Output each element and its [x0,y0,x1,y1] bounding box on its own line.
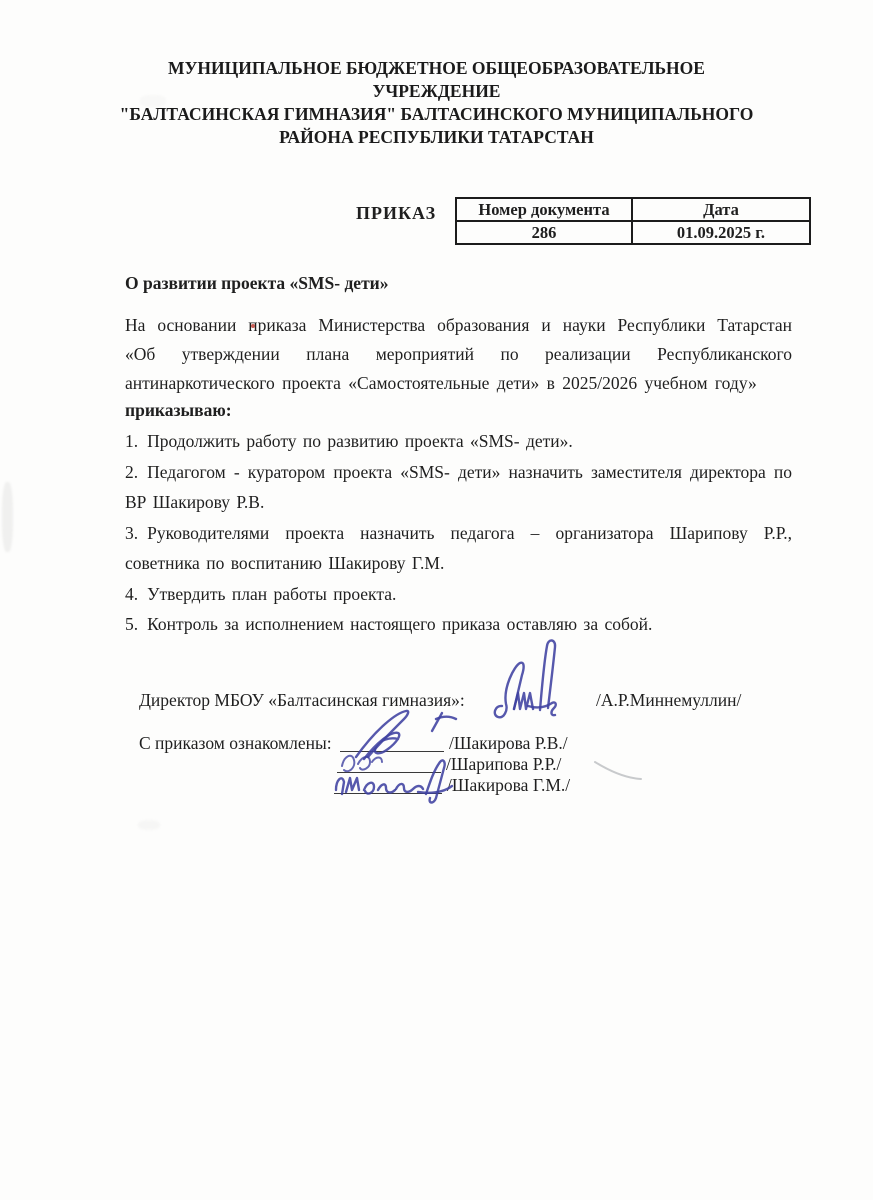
acknowledged-name-2: /Шарипова Р.Р./ [446,754,561,775]
decree-word: приказываю: [125,400,232,421]
doc-date-header: Дата [632,198,810,221]
order-meta-table: Номер документа Дата 286 01.09.2025 г. [455,197,811,245]
item-text: Продолжить работу по развитию проекта «S… [147,431,573,451]
item-text: Руководителями проекта назначить педагог… [125,523,792,574]
org-name-line-3: РАЙОНА РЕСПУБЛИКИ ТАТАРСТАН [103,126,770,149]
order-item-3: 3.Руководителями проекта назначить педаг… [125,518,792,579]
order-item-2: 2.Педагогом - куратором проекта «SMS- де… [125,457,792,518]
doc-date-value: 01.09.2025 г. [632,221,810,244]
acknowledged-name-1: /Шакирова Р.В./ [449,733,568,754]
director-signature-ink [488,628,560,723]
order-item-4: 4.Утвердить план работы проекта. [125,579,792,610]
org-header: МУНИЦИПАЛЬНОЕ БЮДЖЕТНОЕ ОБЩЕОБРАЗОВАТЕЛЬ… [103,57,770,149]
scan-smudge-bottom [138,820,160,830]
item-text: Утвердить план работы проекта. [147,584,396,604]
item-text: Контроль за исполнением настоящего прика… [147,614,652,634]
doc-number-header: Номер документа [456,198,632,221]
order-subject: О развитии проекта «SMS- дети» [125,272,792,295]
pencil-mark [592,758,644,784]
org-name-line-2: "БАЛТАСИНСКАЯ ГИМНАЗИЯ" БАЛТАСИНСКОГО МУ… [103,103,770,126]
item-number: 1. [125,431,138,451]
order-basis-paragraph: На основании приказа Министерства образо… [125,311,792,398]
scan-smudge-left-edge [2,482,13,552]
item-number: 2. [125,462,138,482]
order-items: 1.Продолжить работу по развитию проекта … [125,426,792,640]
doc-number-value: 286 [456,221,632,244]
order-title: ПРИКАЗ [356,203,436,224]
org-name-line-1: МУНИЦИПАЛЬНОЕ БЮДЖЕТНОЕ ОБЩЕОБРАЗОВАТЕЛЬ… [103,57,770,103]
director-name: /А.Р.Миннемуллин/ [596,690,741,711]
item-number: 5. [125,614,138,634]
order-item-1: 1.Продолжить работу по развитию проекта … [125,426,792,457]
item-text: Педагогом - куратором проекта «SMS- дети… [125,462,792,513]
signature-ink-shakirova-gm [330,760,458,804]
acknowledged-name-3: /Шакирова Г.М./ [447,775,570,796]
item-number: 3. [125,523,138,543]
acknowledged-label: С приказом ознакомлены: [139,733,332,754]
scanned-order-document: МУНИЦИПАЛЬНОЕ БЮДЖЕТНОЕ ОБЩЕОБРАЗОВАТЕЛЬ… [0,0,873,1200]
order-item-5: 5.Контроль за исполнением настоящего при… [125,609,792,640]
item-number: 4. [125,584,138,604]
